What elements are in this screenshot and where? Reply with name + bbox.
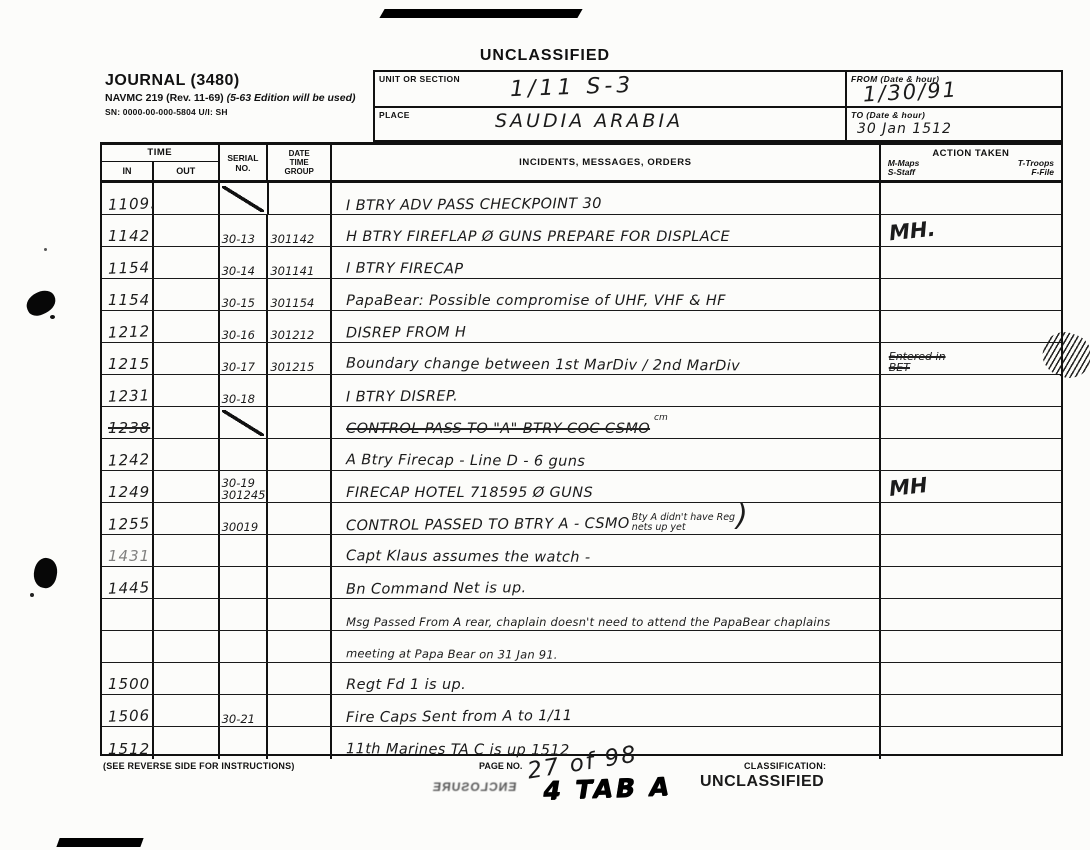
table-row: meeting at Papa Bear on 31 Jan 91.: [102, 631, 1061, 663]
serial-no-value: 30-14: [222, 265, 255, 277]
incidents-column-header: INCIDENTS, MESSAGES, ORDERS: [332, 145, 881, 180]
date-time-group-cell: [268, 631, 332, 662]
incident-text-cell: meeting at Papa Bear on 31 Jan 91.: [332, 631, 881, 662]
header-fields-box: UNIT OR SECTION 1/11 S-3 PLACE SAUDIA AR…: [373, 70, 1063, 142]
table-row: 123130-18I BTRY DISREP.: [102, 375, 1061, 407]
unit-or-section-value: 1/11 S-3: [510, 73, 635, 102]
date-time-group-cell: [268, 727, 332, 759]
table-row: 125530019CONTROL PASSED TO BTRY A - CSMO…: [102, 503, 1061, 535]
table-row: 124930-19301245FIRECAP HOTEL 718595 Ø GU…: [102, 471, 1061, 503]
time-header-label: TIME: [102, 145, 218, 162]
time-out-cell: [154, 471, 220, 502]
serial-no-cell: 30019: [220, 503, 269, 534]
dtg-header-line2: TIME: [290, 158, 309, 167]
form-identification-block: JOURNAL (3480) NAVMC 219 (Rev. 11-69) (5…: [105, 72, 356, 117]
to-date-value: 30 Jan 1512: [857, 121, 952, 137]
time-out-cell: [154, 535, 220, 566]
table-row: 150630-21Fire Caps Sent from A to 1/11: [102, 695, 1061, 727]
serial-no-cell: 30-21: [220, 695, 269, 726]
ink-dot: [30, 593, 34, 597]
incident-text: I BTRY DISREP.: [346, 389, 458, 406]
action-taken-cell: [881, 695, 1061, 726]
time-out-cell: [154, 311, 220, 342]
form-number: NAVMC 219 (Rev. 11-69) (5-63 Edition wil…: [105, 92, 356, 104]
action-taken-title: ACTION TAKEN: [932, 148, 1009, 159]
incident-text-cell: CONTROL PASSED TO BTRY A - CSMOBty A did…: [332, 503, 881, 534]
date-time-group-cell: 301212: [268, 311, 332, 342]
serial-header-line2: NO.: [235, 163, 250, 173]
time-out-cell: [154, 695, 220, 726]
table-row: 1238CONTROL PASS TO "A" BTRY COC CSMOcm: [102, 407, 1061, 439]
classification-banner-top: UNCLASSIFIED: [0, 47, 1090, 65]
date-time-group-cell: [269, 183, 333, 214]
action-note-line: BET: [889, 362, 910, 373]
serial-no-value-2: 301245: [222, 489, 266, 501]
date-time-group-value: 301141: [270, 265, 314, 277]
date-time-group-cell: 301142: [268, 215, 332, 246]
table-row: 115430-14301141I BTRY FIRECAP: [102, 247, 1061, 279]
incident-text-cell: Bn Command Net is up.: [332, 567, 881, 598]
time-in-value: 1500: [108, 675, 150, 693]
time-out-cell: [154, 567, 220, 598]
form-edition-note: (5-63 Edition will be used): [227, 92, 356, 104]
table-row: 114230-13301142H BTRY FIREFLAP Ø GUNS PR…: [102, 215, 1061, 247]
page-no-label: PAGE NO.: [479, 761, 522, 771]
time-out-cell: [154, 663, 220, 694]
dtg-header-line3: GROUP: [284, 167, 313, 176]
action-taken-cell: MH: [881, 471, 1061, 502]
time-column-header: TIME IN OUT: [102, 145, 220, 180]
time-out-cell: [154, 631, 220, 662]
incident-text-cell: DISREP FROM H: [332, 311, 881, 342]
date-time-group-cell: [268, 663, 332, 694]
time-in-cell: 1500: [102, 663, 154, 694]
incident-text-cell: Regt Fd 1 is up.: [332, 663, 881, 694]
time-in-value: 1215: [108, 355, 150, 373]
table-row: 1242A Btry Firecap - Line D - 6 guns: [102, 439, 1061, 471]
place-value: SAUDIA ARABIA: [495, 110, 683, 132]
date-time-group-value: 301142: [270, 233, 314, 245]
date-time-group-cell: 301154: [268, 279, 332, 310]
serial-no-cell: [220, 183, 269, 214]
incident-text: Fire Caps Sent from A to 1/11: [346, 708, 573, 726]
time-out-cell: [154, 343, 220, 374]
classification-value: UNCLASSIFIED: [700, 773, 824, 791]
serial-header-line1: SERIAL: [227, 153, 258, 163]
serial-no-value: 30-15: [222, 297, 255, 309]
incident-text-cell: Fire Caps Sent from A to 1/11: [332, 695, 881, 726]
tab-annotation: 4 TAB A: [543, 772, 673, 805]
incident-text-cell: PapaBear: Possible compromise of UHF, VH…: [332, 279, 881, 310]
time-out-cell: [154, 727, 220, 759]
incident-text-cell: Capt Klaus assumes the watch -: [332, 535, 881, 566]
time-in-value: 1154: [108, 258, 151, 277]
serial-no-cell: [220, 663, 269, 694]
trailing-initials: cm: [654, 413, 668, 423]
time-in-cell: 1431: [102, 535, 154, 566]
time-in-value: 1109.: [108, 194, 157, 214]
serial-no-cell: 30-16: [220, 311, 269, 342]
time-in-cell: 1255: [102, 503, 154, 534]
time-out-cell: [154, 247, 220, 278]
time-out-cell: [154, 407, 220, 438]
action-taken-cell: [881, 663, 1061, 694]
serial-no-cell: [220, 407, 269, 438]
date-time-group-cell: [268, 503, 332, 534]
classification-label: CLASSIFICATION:: [744, 761, 826, 771]
from-date-field: FROM (Date & hour) 1/30/91: [845, 72, 1063, 108]
action-taken-cell: [881, 439, 1061, 470]
time-out-cell: [154, 215, 220, 246]
from-date-value: 1/30/91: [862, 78, 958, 107]
incident-text-cell: I BTRY DISREP.: [332, 375, 881, 406]
date-time-group-value: 301154: [270, 297, 314, 309]
time-in-cell: 1212: [102, 311, 154, 342]
action-taken-cell: [881, 375, 1061, 406]
incident-text: DISREP FROM H: [346, 324, 466, 341]
time-in-value: 1231: [108, 386, 151, 405]
action-taken-cell: [881, 535, 1061, 566]
time-in-cell: 1154: [102, 247, 154, 278]
journal-table-body: 1109.I BTRY ADV PASS CHECKPOINT 30114230…: [102, 183, 1061, 759]
action-taken-cell: [881, 599, 1061, 630]
action-initials: MH: [888, 473, 929, 501]
to-date-field: TO (Date & hour) 30 Jan 1512: [845, 108, 1063, 144]
time-in-value: 1506: [108, 706, 151, 725]
slash-mark: [222, 186, 264, 212]
serial-no-value: 30-13: [222, 233, 255, 245]
time-in-cell: 1506: [102, 695, 154, 726]
table-row: 1109.I BTRY ADV PASS CHECKPOINT 30: [102, 183, 1061, 215]
time-in-header: IN: [102, 162, 154, 180]
incident-text-cell: FIRECAP HOTEL 718595 Ø GUNS: [332, 471, 881, 502]
serial-no-cell: [220, 631, 269, 662]
reverse-side-instructions: (SEE REVERSE SIDE FOR INSTRUCTIONS): [103, 761, 295, 771]
incident-text-cell: A Btry Firecap - Line D - 6 guns: [332, 439, 881, 470]
margin-note: Bty A didn't have Regnets up yet: [632, 513, 735, 533]
action-taken-cell: [881, 503, 1061, 534]
time-in-cell: 1154: [102, 279, 154, 310]
action-taken-cell: [881, 311, 1061, 342]
time-in-cell: [102, 599, 154, 630]
incident-text-cell: H BTRY FIREFLAP Ø GUNS PREPARE FOR DISPL…: [332, 215, 881, 246]
date-time-group-cell: [268, 439, 332, 470]
action-key-staff: S-Staff: [888, 168, 915, 178]
date-time-group-cell: [268, 599, 332, 630]
table-row: Msg Passed From A rear, chaplain doesn't…: [102, 599, 1061, 631]
incident-text: Bn Command Net is up.: [346, 580, 527, 598]
incident-text: PapaBear: Possible compromise of UHF, VH…: [346, 293, 726, 309]
serial-no-value: 30-18: [222, 393, 255, 405]
incident-text: A Btry Firecap - Line D - 6 guns: [346, 452, 585, 470]
incident-text-cell: I BTRY FIRECAP: [332, 247, 881, 278]
slash-mark: [222, 410, 264, 436]
time-in-value: 1445: [108, 578, 151, 597]
date-time-group-cell: [268, 375, 332, 406]
scanned-journal-page: UNCLASSIFIED JOURNAL (3480) NAVMC 219 (R…: [0, 0, 1090, 850]
serial-no-cell: 30-17: [220, 343, 269, 374]
action-taken-cell: [881, 407, 1061, 438]
scan-artifact-bottom-bar: [56, 838, 143, 847]
time-in-cell: 1215: [102, 343, 154, 374]
time-in-cell: 1109.: [102, 183, 154, 214]
time-in-value: 1512: [108, 740, 150, 758]
incident-text: meeting at Papa Bear on 31 Jan 91.: [346, 646, 558, 661]
action-taken-cell: [881, 567, 1061, 598]
incident-text: Msg Passed From A rear, chaplain doesn't…: [346, 615, 830, 629]
table-row: 121530-17301215Boundary change between 1…: [102, 343, 1061, 375]
date-time-group-cell: 301141: [268, 247, 332, 278]
incident-text: CONTROL PASSED TO BTRY A - CSMO: [346, 516, 630, 534]
date-time-group-cell: [268, 471, 332, 502]
action-key-file: F-File: [1031, 168, 1054, 178]
serial-no-value: 30-17: [222, 361, 255, 373]
time-in-value: 1249: [108, 483, 150, 501]
ink-dot: [44, 248, 47, 251]
form-title: JOURNAL (3480): [105, 72, 356, 90]
serial-no-value: 30019: [222, 521, 259, 533]
closing-paren: ): [736, 498, 748, 533]
time-in-cell: 1142: [102, 215, 154, 246]
action-taken-column-header: ACTION TAKEN M-Maps T-Troops S-Staff F-F…: [881, 145, 1061, 180]
incident-text: I BTRY FIRECAP: [346, 261, 464, 278]
incident-text: Boundary change between 1st MarDiv / 2nd…: [346, 356, 740, 375]
time-in-cell: 1445: [102, 567, 154, 598]
action-taken-cell: MH.: [881, 215, 1061, 246]
time-in-cell: 1231: [102, 375, 154, 406]
serial-no-cell: [220, 599, 269, 630]
table-row: 1445Bn Command Net is up.: [102, 567, 1061, 599]
time-in-value: 1238: [108, 419, 150, 437]
incident-text: Capt Klaus assumes the watch -: [346, 548, 591, 566]
time-in-cell: [102, 631, 154, 662]
time-out-cell: [154, 599, 220, 630]
time-out-header: OUT: [154, 162, 218, 180]
serial-no-cell: [220, 439, 269, 470]
serial-no-cell: 30-14: [220, 247, 269, 278]
time-out-cell: [154, 503, 220, 534]
serial-no-value: 30-21: [222, 713, 255, 725]
date-time-group-cell: 301215: [268, 343, 332, 374]
ink-dot: [50, 315, 55, 319]
unit-or-section-field: UNIT OR SECTION 1/11 S-3: [375, 72, 845, 108]
enclosure-stamp: ENCLOSURE: [431, 780, 517, 794]
ink-blot: [31, 556, 60, 590]
form-stock-number: SN: 0000-00-000-5804 U/I: SH: [105, 107, 356, 117]
serial-no-cell: [220, 727, 269, 759]
time-out-cell: [154, 375, 220, 406]
action-initials: MH.: [888, 217, 937, 246]
date-time-group-cell: [268, 695, 332, 726]
incident-text: I BTRY ADV PASS CHECKPOINT 30: [346, 196, 602, 214]
date-time-group-cell: [268, 535, 332, 566]
time-in-cell: 1238: [102, 407, 154, 438]
action-taken-cell: [881, 279, 1061, 310]
serial-no-value: 30-16: [222, 329, 255, 341]
action-taken-cell: [881, 247, 1061, 278]
time-in-value: 1255: [108, 514, 151, 533]
date-time-group-cell: [268, 567, 332, 598]
incident-text-cell: CONTROL PASS TO "A" BTRY COC CSMOcm: [332, 407, 881, 438]
date-time-group-cell: [268, 407, 332, 438]
serial-no-cell: 30-18: [220, 375, 269, 406]
incident-text-cell: Boundary change between 1st MarDiv / 2nd…: [332, 343, 881, 374]
dtg-header-line1: DATE: [289, 149, 310, 158]
serial-no-cell: [220, 535, 269, 566]
action-taken-cell: Entered inBET: [881, 343, 1061, 374]
incident-text-cell: Msg Passed From A rear, chaplain doesn't…: [332, 599, 881, 630]
scan-artifact-top-bar: [379, 9, 582, 18]
date-time-group-value: 301215: [270, 361, 314, 373]
journal-table: TIME IN OUT SERIAL NO. DATE TIME GROUP I…: [100, 142, 1063, 756]
table-row: 1500Regt Fd 1 is up.: [102, 663, 1061, 695]
time-in-value: 1212: [108, 322, 151, 341]
time-in-cell: 1242: [102, 439, 154, 470]
time-in-value: 1154: [108, 291, 150, 309]
incident-text: Regt Fd 1 is up.: [346, 677, 466, 693]
action-taken-cell: [881, 183, 1061, 214]
form-number-text: NAVMC 219 (Rev. 11-69): [105, 92, 224, 104]
time-in-cell: 1249: [102, 471, 154, 502]
serial-no-cell: [220, 567, 269, 598]
incident-text: CONTROL PASS TO "A" BTRY COC CSMO: [346, 421, 650, 437]
action-taken-cell: [881, 727, 1061, 759]
time-out-cell: [154, 439, 220, 470]
action-taken-cell: [881, 631, 1061, 662]
time-in-value: 1142: [108, 227, 150, 245]
time-in-value: 1242: [108, 450, 151, 469]
place-field: PLACE SAUDIA ARABIA: [375, 108, 845, 144]
date-time-group-column-header: DATE TIME GROUP: [268, 145, 332, 180]
serial-column-header: SERIAL NO.: [220, 145, 269, 180]
time-in-cell: 1512: [102, 727, 154, 759]
serial-no-cell: 30-19301245: [220, 471, 269, 502]
table-row: 121230-16301212DISREP FROM H: [102, 311, 1061, 343]
date-time-group-value: 301212: [270, 329, 314, 341]
serial-no-cell: 30-13: [220, 215, 269, 246]
time-in-value: 1431: [108, 547, 150, 565]
to-date-label: TO (Date & hour): [847, 108, 1063, 120]
time-out-cell: [154, 279, 220, 310]
time-out-cell: [154, 183, 220, 214]
journal-table-header: TIME IN OUT SERIAL NO. DATE TIME GROUP I…: [102, 145, 1061, 183]
incident-text: FIRECAP HOTEL 718595 Ø GUNS: [346, 485, 593, 501]
serial-no-cell: 30-15: [220, 279, 269, 310]
table-row: 1431Capt Klaus assumes the watch -: [102, 535, 1061, 567]
incident-text: H BTRY FIREFLAP Ø GUNS PREPARE FOR DISPL…: [346, 229, 730, 245]
incident-text-cell: I BTRY ADV PASS CHECKPOINT 30: [332, 183, 881, 214]
table-row: 115430-15301154PapaBear: Possible compro…: [102, 279, 1061, 311]
